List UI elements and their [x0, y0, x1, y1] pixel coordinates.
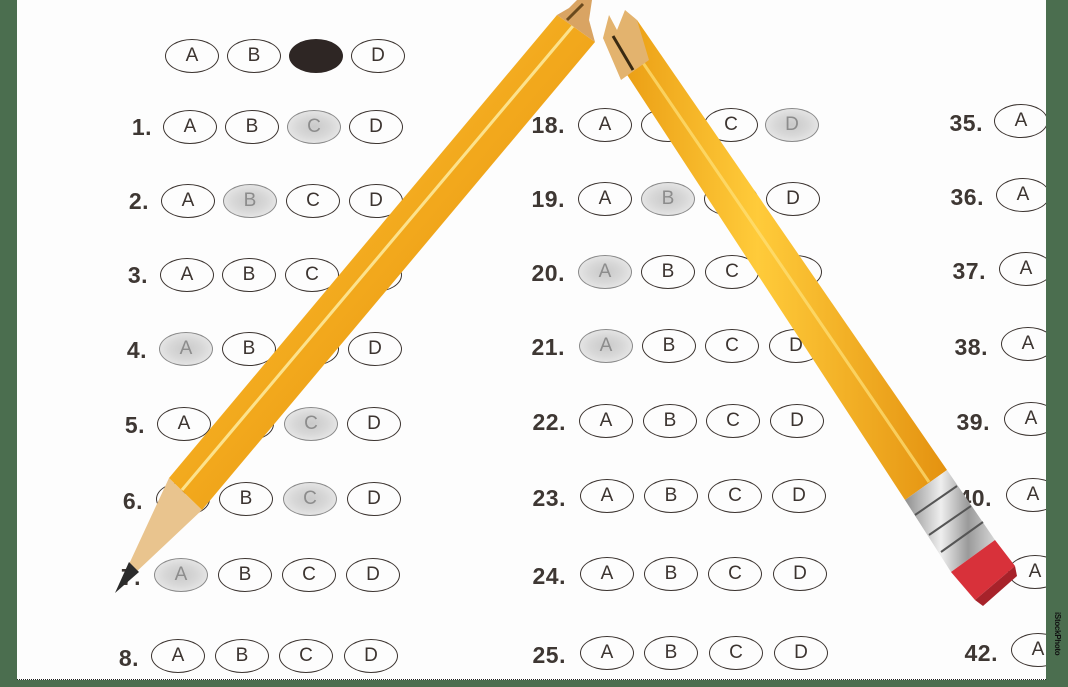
- watermark: iStockPhoto: [1050, 612, 1064, 682]
- broken-pencil-illustration: [17, 0, 1046, 679]
- left-pencil-half: [115, 0, 595, 593]
- pencil-body: [169, 15, 595, 510]
- watermark-text: iStockPhoto: [1053, 612, 1062, 655]
- answer-sheet: A B C D 1. A B C D 2. A B C D 3. A B C D…: [17, 0, 1046, 680]
- right-pencil-half: [603, 10, 1017, 606]
- pencil-body: [603, 20, 947, 500]
